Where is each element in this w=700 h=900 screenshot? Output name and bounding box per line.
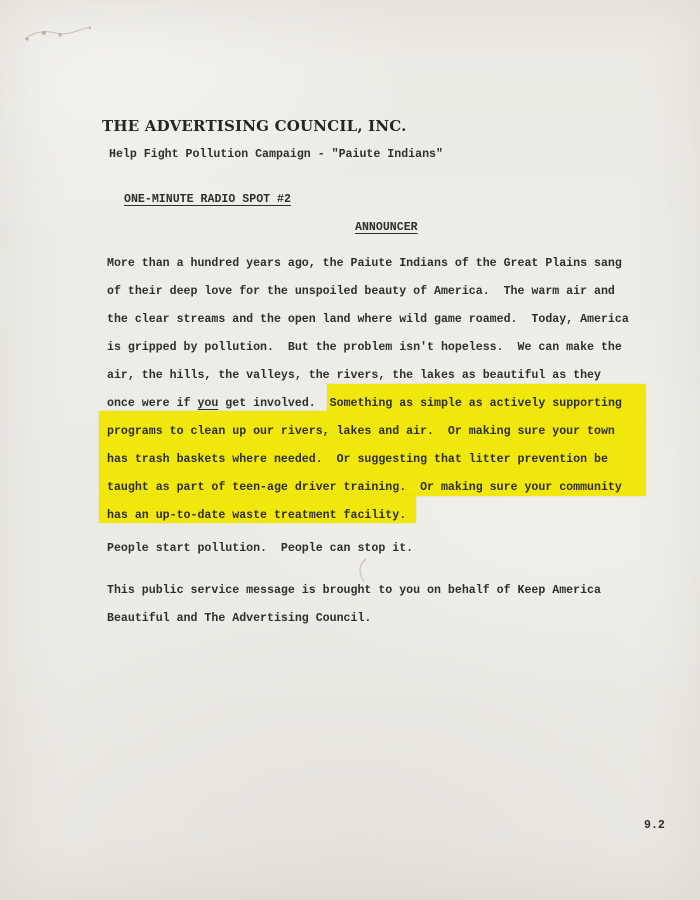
script-line: the clear streams and the open land wher… [107, 306, 629, 334]
announcer-paragraph: More than a hundred years ago, the Paiut… [107, 250, 629, 530]
script-line-highlighted: taught as part of teen-age driver traini… [107, 474, 629, 502]
line6-underlined-word: you [197, 397, 218, 410]
script-line: More than a hundred years ago, the Paiut… [107, 250, 629, 278]
script-line: This public service message is brought t… [107, 577, 601, 605]
script-line: is gripped by pollution. But the problem… [107, 334, 629, 362]
letterhead-title: THE ADVERTISING COUNCIL, INC. [102, 117, 407, 135]
spot-title: ONE-MINUTE RADIO SPOT #2 [124, 186, 291, 214]
scanned-document-page: THE ADVERTISING COUNCIL, INC. Help Fight… [0, 0, 700, 900]
script-line-highlighted: has trash baskets where needed. Or sugge… [107, 446, 629, 474]
pencil-squiggle-mark [16, 20, 96, 54]
line6-highlighted-tail: Something as simple as actively supporti… [330, 397, 622, 410]
script-line: air, the hills, the valleys, the rivers,… [107, 362, 629, 390]
script-line-mixed: once were if you get involved. Something… [107, 390, 629, 418]
script-line-highlighted: has an up-to-date waste treatment facili… [107, 502, 629, 530]
speaker-heading: ANNOUNCER [355, 214, 418, 242]
line6-post: get involved. [218, 397, 329, 410]
script-line-highlighted: programs to clean up our rivers, lakes a… [107, 418, 629, 446]
script-line: Beautiful and The Advertising Council. [107, 605, 601, 633]
campaign-line: Help Fight Pollution Campaign - "Paiute … [109, 141, 443, 169]
page-number: 9.2 [644, 812, 665, 840]
script-line: of their deep love for the unspoiled bea… [107, 278, 629, 306]
line6-pre: once were if [107, 397, 197, 410]
slogan-line: People start pollution. People can stop … [107, 535, 413, 563]
closing-paragraph: This public service message is brought t… [107, 577, 601, 633]
